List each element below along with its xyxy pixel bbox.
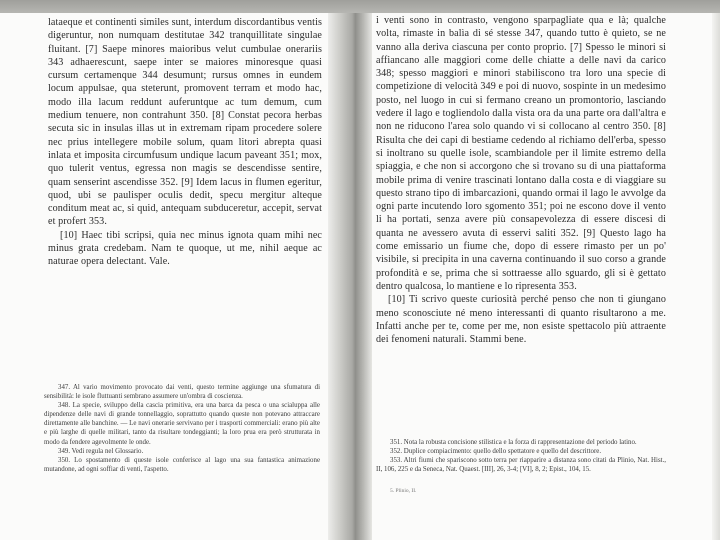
- left-page-footnotes: 347. Al vario movimento provocato dai ve…: [44, 383, 320, 474]
- footnote-350: 350. Lo spostamento di queste isole conf…: [44, 456, 320, 474]
- latin-paragraph-closing: [10] Haec tibi scripsi, quia nec minus i…: [48, 229, 322, 269]
- italian-paragraph: i venti sono in contrasto, vengono sparp…: [376, 14, 666, 293]
- footnote-351: 351. Nota la robusta concisione stilisti…: [376, 438, 666, 447]
- right-page-footnotes: 351. Nota la robusta concisione stilisti…: [376, 438, 666, 474]
- right-page-italian-text: i venti sono in contrasto, vengono sparp…: [376, 14, 666, 346]
- footnote-347: 347. Al vario movimento provocato dai ve…: [44, 383, 320, 401]
- footnote-352: 352. Duplice compiacimento: quello dello…: [376, 447, 666, 456]
- italian-paragraph-closing: [10] Ti scrivo queste curiosità perché p…: [376, 293, 666, 346]
- book-gutter-shadow: [328, 13, 372, 540]
- footnote-349: 349. Vedi regula nel Glossario.: [44, 447, 320, 456]
- footnote-353: 353. Altri fiumi che spariscono sotto te…: [376, 456, 666, 474]
- signature-mark: 5. Plinio, II.: [390, 488, 416, 494]
- scan-top-edge: [0, 0, 720, 13]
- left-page-latin-text: lataeque et continenti similes sunt, int…: [48, 16, 322, 269]
- latin-paragraph: lataeque et continenti similes sunt, int…: [48, 16, 322, 229]
- footnote-348: 348. La specie, sviluppo della cascia pr…: [44, 401, 320, 446]
- scan-right-edge: [712, 13, 720, 540]
